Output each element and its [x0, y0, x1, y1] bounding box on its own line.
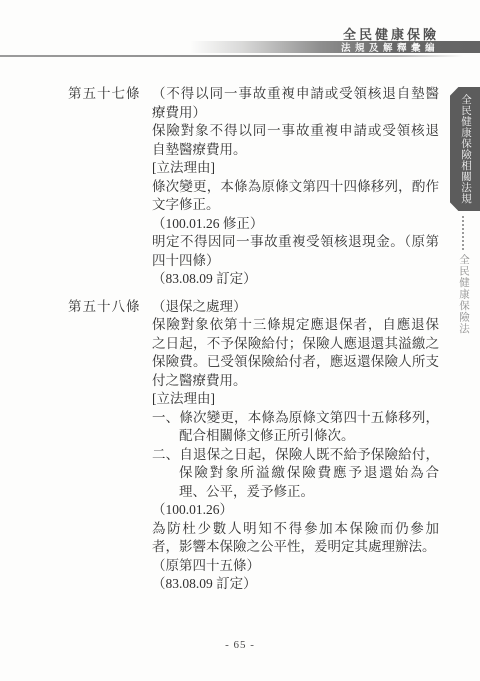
article-number: 第五十八條 [68, 298, 152, 317]
text-line: （100.01.26 修正） [152, 215, 439, 234]
text-line: 二、自退保之日起，保險人既不給予保險給付， [152, 446, 439, 465]
article-body: （不得以同一事故重複申請或受領核退自墊醫療費用）保險對象不得以同一事故重複申請或… [152, 85, 439, 289]
text-line: 保險對象不得以同一事故重複申請或受領核退 [152, 122, 439, 141]
text-line: （退保之處理） [152, 298, 439, 317]
text-line: 之日起，不予保險給付；保險人應退還其溢繳之 [152, 335, 439, 354]
text-line: 為防杜少數人明知不得參加本保險而仍參加 [152, 520, 439, 539]
text-line: 療費用） [152, 104, 439, 123]
text-line: 保險對象依第十三條規定應退保者，自應退保 [152, 316, 439, 335]
text-line: 配合相關條文修正所引條次。 [152, 427, 439, 446]
header-rule [0, 55, 468, 57]
text-line: 自墊醫療費用。 [152, 141, 439, 160]
text-line: 理、公平，爰予修正。 [152, 483, 439, 502]
text-line: 條次變更，本條為原條文第四十四條移列，酌作 [152, 178, 439, 197]
article-number: 第五十七條 [68, 85, 152, 104]
text-line: 四十四條） [152, 252, 439, 271]
book-subtitle: 法規及解釋彙編 [341, 40, 439, 54]
text-line: （83.08.09 訂定） [152, 270, 439, 289]
text-line: 者，影響本保險之公平性，爰明定其處理辦法。 [152, 538, 439, 557]
text-line: （原第四十五條） [152, 557, 439, 576]
text-line: 文字修正。 [152, 196, 439, 215]
page-number: - 65 - [0, 639, 480, 651]
header-gradient-bar: 法規及解釋彙編 [190, 41, 480, 53]
text-line: （100.01.26） [152, 501, 439, 520]
dotted-leader [462, 216, 464, 250]
text-line: （不得以同一事故重複申請或受領核退自墊醫 [152, 85, 439, 104]
document-page: 全民健康保險 法規及解釋彙編 全民健康保險相關法規 全民健康保險法 第五十七條（… [0, 0, 480, 681]
text-line: 明定不得因同一事故重複受領核退現金。（原第 [152, 233, 439, 252]
text-line: 一、條次變更，本條為原條文第四十五條移列， [152, 409, 439, 428]
chapter-tab-label: 全民健康保險相關法規 [451, 94, 480, 204]
article: 第五十八條（退保之處理）保險對象依第十三條規定應退保者，自應退保之日起，不予保險… [68, 298, 440, 594]
text-line: 付之醫療費用。 [152, 372, 439, 391]
articles-container: 第五十七條（不得以同一事故重複申請或受領核退自墊醫療費用）保險對象不得以同一事故… [68, 85, 440, 603]
text-line: [立法理由] [152, 159, 439, 178]
section-label: 全民健康保險法 [456, 254, 471, 335]
article-body: （退保之處理）保險對象依第十三條規定應退保者，自應退保之日起，不予保險給付；保險… [152, 298, 439, 594]
text-line: 保險對象所溢繳保險費應予退還始為合 [152, 464, 439, 483]
article: 第五十七條（不得以同一事故重複申請或受領核退自墊醫療費用）保險對象不得以同一事故… [68, 85, 440, 289]
chapter-tab: 全民健康保險相關法規 [450, 87, 480, 211]
text-line: （83.08.09 訂定） [152, 575, 439, 594]
text-line: 保險費。已受領保險給付者，應返還保險人所支 [152, 353, 439, 372]
text-line: [立法理由] [152, 390, 439, 409]
